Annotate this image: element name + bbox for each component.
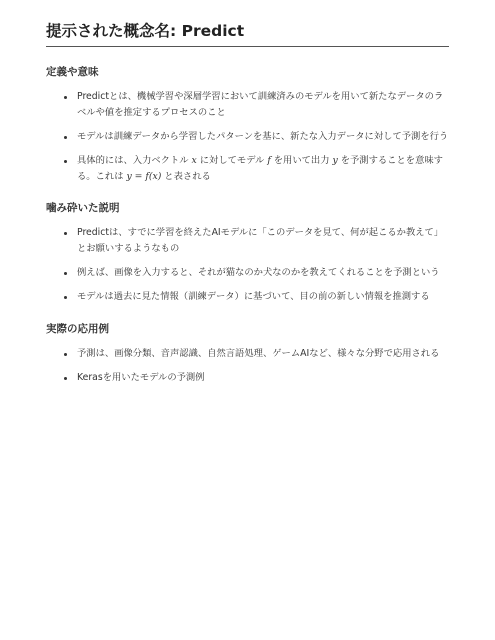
document-page: 提示された概念名: Predict 定義や意味 Predictとは、機械学習や深… bbox=[0, 0, 495, 386]
list-item: 例えば、画像を入力すると、それが猫なのか犬なのかを教えてくれることを予測という bbox=[64, 265, 450, 281]
list-item: Kerasを用いたモデルの予測例 bbox=[64, 370, 450, 386]
title-divider bbox=[46, 46, 449, 47]
math-equation: y = f(x) bbox=[126, 171, 161, 182]
list-item: Predictとは、機械学習や深層学習において訓練済みのモデルを用いて新たなデー… bbox=[64, 89, 450, 121]
list-item: 予測は、画像分類、音声認識、自然言語処理、ゲームAIなど、様々な分野で応用される bbox=[64, 346, 450, 362]
section-heading: 定義や意味 bbox=[46, 64, 455, 80]
list-item: モデルは訓練データから学習したパターンを基に、新たな入力データに対して予測を行う bbox=[64, 129, 450, 145]
section-heading: 噛み砕いた説明 bbox=[46, 200, 455, 216]
section-heading: 実際の応用例 bbox=[46, 321, 455, 337]
section-explanation: 噛み砕いた説明 Predictは、すでに学習を終えたAIモデルに「このデータを見… bbox=[46, 200, 455, 305]
list-item: 具体的には、入力ベクトル x に対してモデル f を用いて出力 y を予測するこ… bbox=[64, 153, 450, 185]
bullet-list: Predictとは、機械学習や深層学習において訓練済みのモデルを用いて新たなデー… bbox=[46, 89, 455, 185]
bullet-list: Predictは、すでに学習を終えたAIモデルに「このデータを見て、何が起こるか… bbox=[46, 225, 455, 305]
list-item: モデルは過去に見た情報（訓練データ）に基づいて、目の前の新しい情報を推測する bbox=[64, 289, 450, 305]
section-applications: 実際の応用例 予測は、画像分類、音声認識、自然言語処理、ゲームAIなど、様々な分… bbox=[46, 321, 455, 386]
list-item: Predictは、すでに学習を終えたAIモデルに「このデータを見て、何が起こるか… bbox=[64, 225, 450, 257]
bullet-list: 予測は、画像分類、音声認識、自然言語処理、ゲームAIなど、様々な分野で応用される… bbox=[46, 346, 455, 386]
section-definition: 定義や意味 Predictとは、機械学習や深層学習において訓練済みのモデルを用い… bbox=[46, 64, 455, 185]
page-title: 提示された概念名: Predict bbox=[46, 0, 455, 42]
